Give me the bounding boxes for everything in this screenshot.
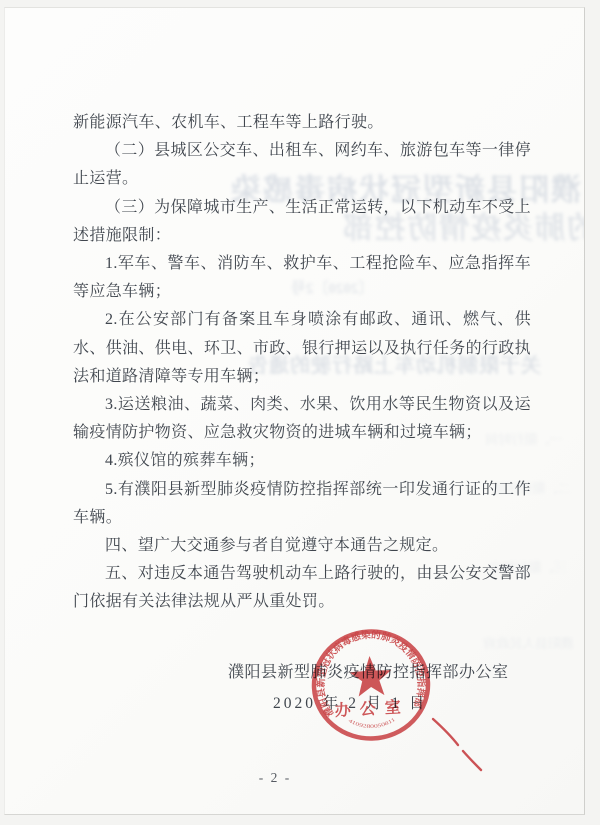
paragraph-section-4: 四、望广大交通参与者自觉遵守本通告之规定。 xyxy=(73,532,531,560)
paragraph-item-2: （二）县城区公交车、出租车、网约车、旅游包车等一律停止运营。 xyxy=(73,137,531,193)
seal-star-icon xyxy=(349,655,393,697)
seal-center-text: 办公室 xyxy=(334,697,410,720)
paragraph-item-3: （三）为保障城市生产、生活正常运转，以下机动车不受上述措施限制： xyxy=(73,194,531,250)
paragraph-continuation: 新能源汽车、农机车、工程车等上路行驶。 xyxy=(73,109,531,137)
page-number: - 2 - xyxy=(5,770,545,786)
paragraph-section-5: 五、对违反本通告驾驶机动车上路行驶的，由县公安交警部门依据有关法律法规从严从重处… xyxy=(73,560,531,616)
paragraph-sub-3: 3.运送粮油、蔬菜、肉类、水果、饮用水等民生物资以及运输疫情防护物资、应急救灾物… xyxy=(73,391,531,447)
paragraph-sub-2: 2.在公安部门有备案且车身喷涂有邮政、通讯、燃气、供水、供油、供电、环卫、市政、… xyxy=(73,306,531,391)
paragraph-sub-5: 5.有濮阳县新型肺炎疫情防控指挥部统一印发通行证的工作车辆。 xyxy=(73,476,531,532)
scanned-document-page: 濮阳县新型冠状病毒感染 的肺炎疫情防控部 〔2020〕2号 关于限制机动车上路行… xyxy=(4,7,585,815)
bleedthrough-fragment: 濮阳县人民政府 xyxy=(483,633,574,652)
paragraph-sub-1: 1.军车、警车、消防车、救护车、工程抢险车、应急指挥车等应急车辆； xyxy=(73,250,531,306)
red-pen-stroke xyxy=(425,715,485,773)
paragraph-sub-4: 4.殡仪馆的殡葬车辆； xyxy=(73,447,531,475)
document-body: 新能源汽车、农机车、工程车等上路行驶。 （二）县城区公交车、出租车、网约车、旅游… xyxy=(73,109,531,617)
